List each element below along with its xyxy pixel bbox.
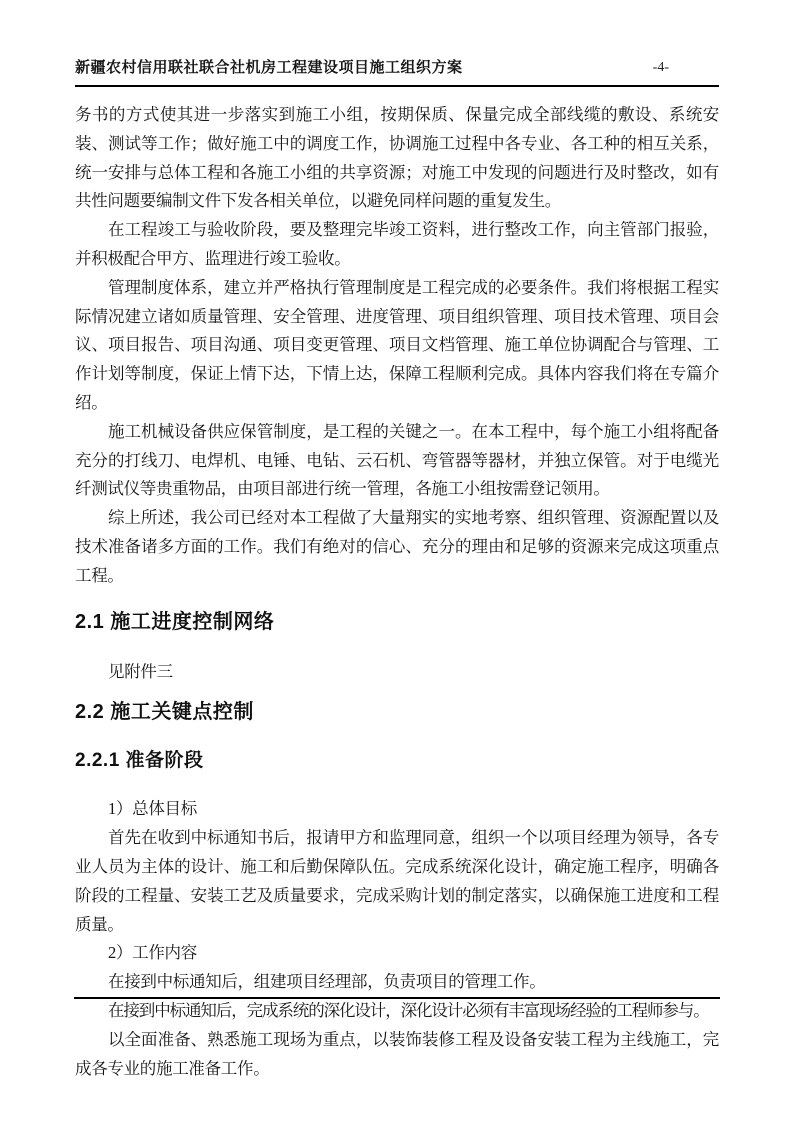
attachment-note: 见附件三 — [75, 658, 719, 687]
body-paragraph-equipment: 施工机械设备供应保管制度，是工程的关键之一。在本工程中，每个施工小组将配备充分的… — [75, 418, 719, 504]
body-paragraph-work-3: 以全面准备、熟悉施工现场为重点，以装饰装修工程及设备安装工程为主线施工，完成各专… — [75, 1026, 719, 1084]
footer-rule — [74, 997, 720, 999]
section-heading-2-2: 2.2 施工关键点控制 — [75, 700, 719, 724]
body-paragraph-management-system: 管理制度体系，建立并严格执行管理制度是工程完成的必要条件。我们将根据工程实际情况… — [75, 274, 719, 418]
body-paragraph-work-2: 在接到中标通知后，完成系统的深化设计，深化设计必须有丰富现场经验的工程师参与。 — [75, 997, 719, 1026]
header-page-number: -4- — [653, 58, 669, 78]
list-item-work-content-label: 2）工作内容 — [75, 939, 719, 968]
page-content: 新疆农村信用联社联合社机房工程建设项目施工组织方案 -4- 务书的方式使其进一步… — [75, 58, 719, 1083]
body-paragraph-continuation: 务书的方式使其进一步落实到施工小组，按期保质、保量完成全部线缆的敷设、系统安装、… — [75, 101, 719, 216]
body-paragraph-acceptance: 在工程竣工与验收阶段，要及整理完毕竣工资料，进行整改工作，向主管部门报验，并积极… — [75, 216, 719, 274]
page-header: 新疆农村信用联社联合社机房工程建设项目施工组织方案 -4- — [75, 58, 719, 87]
body-paragraph-work-1: 在接到中标通知后，组建项目经理部，负责项目的管理工作。 — [75, 968, 719, 997]
section-heading-2-2-1: 2.2.1 准备阶段 — [75, 749, 719, 772]
document-page: 新疆农村信用联社联合社机房工程建设项目施工组织方案 -4- 务书的方式使其进一步… — [0, 0, 793, 1122]
header-title: 新疆农村信用联社联合社机房工程建设项目施工组织方案 — [75, 58, 463, 78]
body-paragraph-overall-goal: 首先在收到中标通知书后，报请甲方和监理同意，组织一个以项目经理为领导，各专业人员… — [75, 824, 719, 939]
section-heading-2-1: 2.1 施工进度控制网络 — [75, 610, 719, 634]
list-item-overall-goal-label: 1）总体目标 — [75, 795, 719, 824]
body-paragraph-summary: 综上所述，我公司已经对本工程做了大量翔实的实地考察、组织管理、资源配置以及技术准… — [75, 504, 719, 590]
